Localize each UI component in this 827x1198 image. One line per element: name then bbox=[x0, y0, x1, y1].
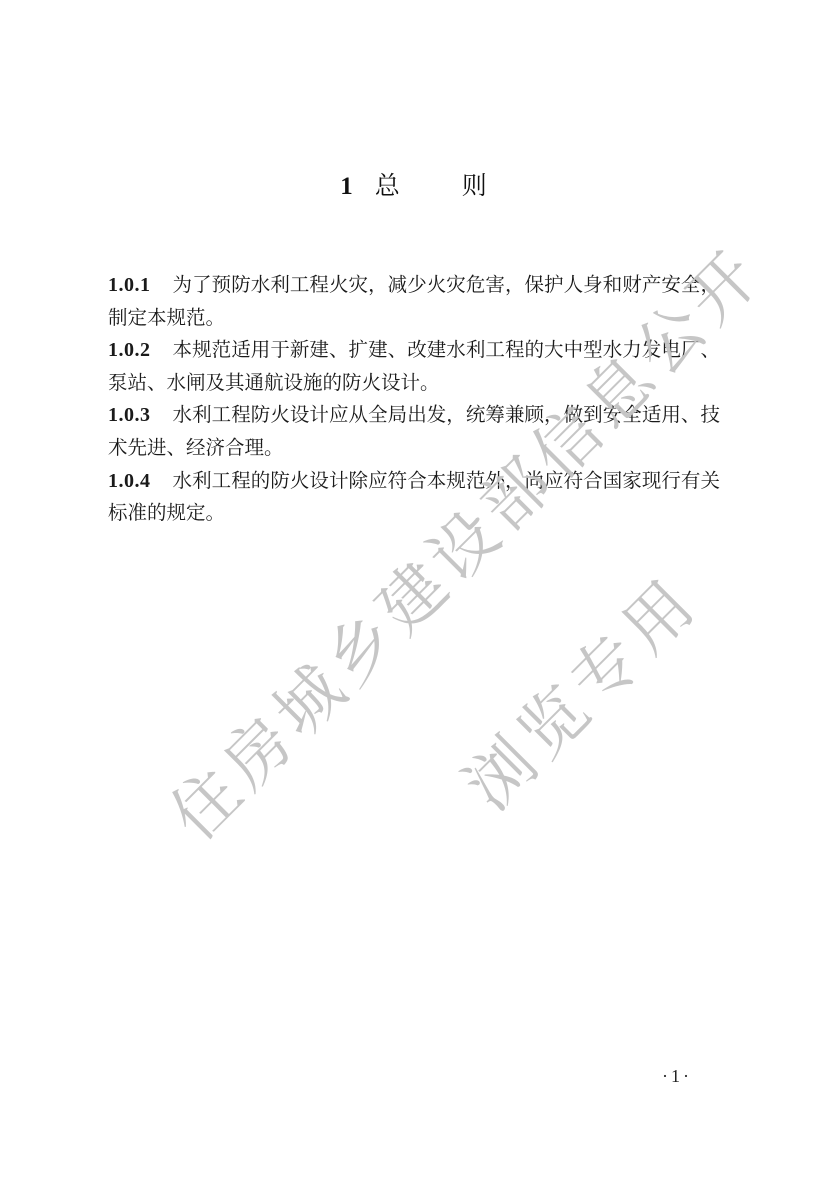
clause-text: 本规范适用于新建、扩建、改建水利工程的大中型水力发电厂、泵站、水闸及其通航设施的… bbox=[108, 338, 720, 394]
chapter-title: 1总则 bbox=[0, 168, 827, 205]
clause-1-0-3: 1.0.3水利工程防火设计应从全局出发，统筹兼顾，做到安全适用、技术先进、经济合… bbox=[108, 399, 720, 464]
clause-number: 1.0.4 bbox=[108, 470, 151, 492]
clause-number: 1.0.2 bbox=[108, 339, 151, 361]
chapter-title-char-2: 则 bbox=[462, 171, 487, 200]
page-number: ·1· bbox=[662, 1066, 692, 1087]
clause-number: 1.0.1 bbox=[108, 274, 151, 296]
clause-text: 水利工程防火设计应从全局出发，统筹兼顾，做到安全适用、技术先进、经济合理。 bbox=[108, 403, 720, 459]
clause-text: 为了预防水利工程火灾，减少火灾危害，保护人身和财产安全，制定本规范。 bbox=[108, 273, 720, 329]
watermark-browse-only: 浏览专用 bbox=[440, 551, 716, 827]
chapter-number: 1 bbox=[340, 173, 353, 200]
clause-number: 1.0.3 bbox=[108, 404, 151, 426]
clause-text: 水利工程的防火设计除应符合本规范外，尚应符合国家现行有关标准的规定。 bbox=[108, 469, 720, 525]
clause-1-0-4: 1.0.4水利工程的防火设计除应符合本规范外，尚应符合国家现行有关标准的规定。 bbox=[108, 465, 720, 530]
clause-1-0-1: 1.0.1为了预防水利工程火灾，减少火灾危害，保护人身和财产安全，制定本规范。 bbox=[108, 269, 720, 334]
clause-1-0-2: 1.0.2本规范适用于新建、扩建、改建水利工程的大中型水力发电厂、泵站、水闸及其… bbox=[108, 334, 720, 399]
document-page: 1总则 1.0.1为了预防水利工程火灾，减少火灾危害，保护人身和财产安全，制定本… bbox=[0, 0, 827, 1198]
chapter-title-char-1: 总 bbox=[375, 171, 400, 200]
chapter-body: 1.0.1为了预防水利工程火灾，减少火灾危害，保护人身和财产安全，制定本规范。 … bbox=[108, 269, 720, 530]
